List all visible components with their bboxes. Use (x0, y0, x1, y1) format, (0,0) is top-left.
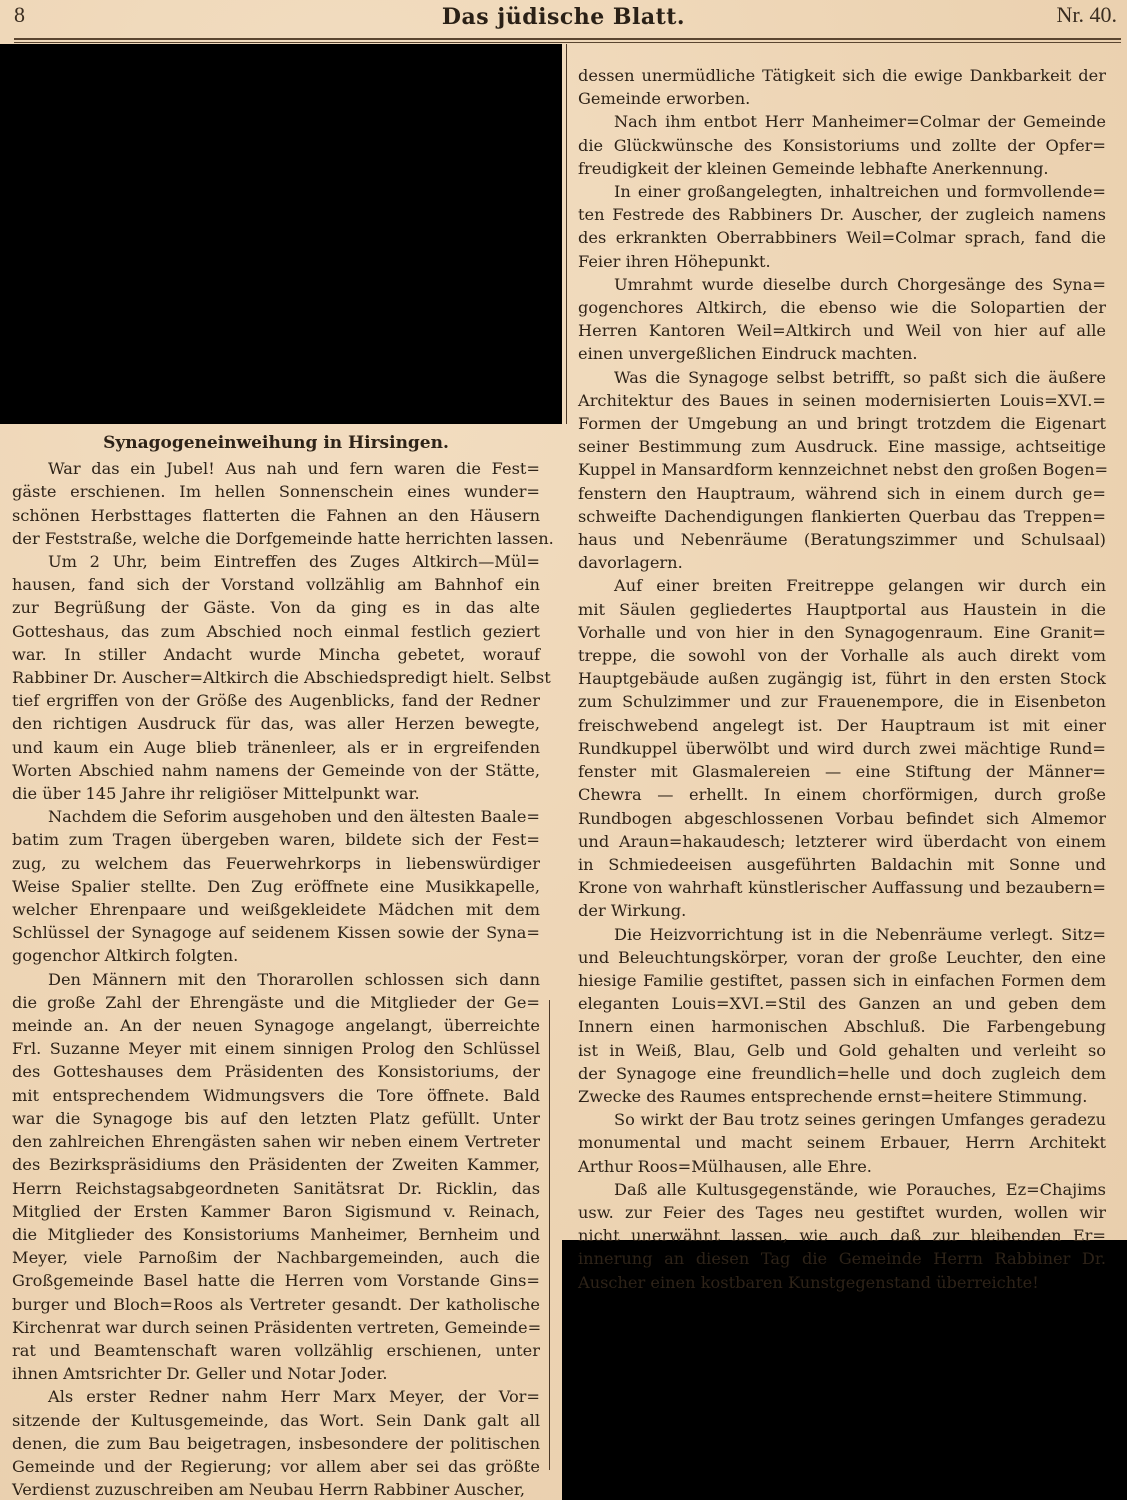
paragraph: Die Heizvorrichtung ist in die Nebenräum… (578, 923, 1106, 1109)
text-line: der Wirkung. (578, 899, 1106, 922)
text-line: Was die Synagoge selbst betrifft, so paß… (578, 366, 1106, 389)
text-line: schönen Herbsttages flatterten die Fahne… (12, 504, 540, 527)
paragraph: Daß alle Kultusgegenstände, wie Porauche… (578, 1178, 1106, 1294)
text-line: die große Zahl der Ehrengäste und die Mi… (12, 991, 540, 1014)
text-line: zug, zu welchem das Feuerwehrkorps in li… (12, 852, 540, 875)
text-line: des erkrankten Oberrabbiners Weil=Colmar… (578, 226, 1106, 249)
text-line: hausen, fand sich der Vorstand vollzähli… (12, 573, 540, 596)
text-line: meinde an. An der neuen Synagoge angelan… (12, 1014, 540, 1037)
text-line: Herrn Reichstagsabgeordneten Sanitätsrat… (12, 1177, 540, 1200)
text-line: Krone von wahrhaft künstlerischer Auffas… (578, 876, 1106, 899)
text-line: Feier ihren Höhepunkt. (578, 250, 1106, 273)
text-line: batim zum Tragen übergeben waren, bildet… (12, 828, 540, 851)
paragraph: Auf einer breiten Freitreppe gelangen wi… (578, 574, 1106, 922)
text-line: Mitglied der Ersten Kammer Baron Sigismu… (12, 1200, 540, 1223)
text-line: schweifte Dachendigungen flankierten Que… (578, 505, 1106, 528)
paragraph: Was die Synagoge selbst betrifft, so paß… (578, 366, 1106, 575)
paragraph: Den Männern mit den Thorarollen schlosse… (12, 968, 540, 1386)
text-line: gogenchores Altkirch, die ebenso wie die… (578, 296, 1106, 319)
text-line: denen, die zum Bau beigetragen, insbeson… (12, 1432, 540, 1455)
text-line: Kuppel in Mansardform kennzeichnet nebst… (578, 458, 1106, 481)
text-line: Nach ihm entbot Herr Manheimer=Colmar de… (578, 110, 1106, 133)
text-line: Rundbogen abgeschlossenen Vorbau befinde… (578, 807, 1106, 830)
newspaper-title: Das jüdische Blatt. (0, 4, 1127, 30)
text-line: Großgemeinde Basel hatte die Herren vom … (12, 1269, 540, 1292)
text-line: den zahlreichen Ehrengästen sahen wir ne… (12, 1130, 540, 1153)
text-line: usw. zur Feier des Tages neu gestiftet w… (578, 1201, 1106, 1224)
text-line: die Glückwünsche des Konsistoriums und z… (578, 134, 1106, 157)
text-line: davorlagern. (578, 551, 1106, 574)
text-line: eleganten Louis=XVI.=Stil des Ganzen an … (578, 992, 1106, 1015)
text-line: zur Begrüßung der Gäste. Von da ging es … (12, 596, 540, 619)
text-line: fenstern den Hauptraum, während sich in … (578, 482, 1106, 505)
text-line: monumental und macht seinem Erbauer, Her… (578, 1131, 1106, 1154)
text-line: haus und Nebenräume (Beratungszimmer und… (578, 528, 1106, 551)
column-divider (549, 1000, 550, 1470)
text-line: Herren Kantoren Weil=Altkirch und Weil v… (578, 319, 1106, 342)
text-line: die Mitglieder des Konsistoriums Manheim… (12, 1223, 540, 1246)
column-divider-top (566, 44, 567, 424)
text-line: Formen der Umgebung an und bringt trotzd… (578, 412, 1106, 435)
text-line: Kirchenrat war durch seinen Präsidenten … (12, 1316, 540, 1339)
text-line: gäste erschienen. Im hellen Sonnenschein… (12, 480, 540, 503)
text-line: Zwecke des Raumes entsprechende ernst=he… (578, 1085, 1106, 1108)
text-line: Verdienst zuzuschreiben am Neubau Herrn … (12, 1478, 540, 1500)
text-line: Den Männern mit den Thorarollen schlosse… (12, 968, 540, 991)
article-right-column: dessen unermüdliche Tätigkeit sich die e… (578, 64, 1106, 1294)
text-line: ten Festrede des Rabbiners Dr. Auscher, … (578, 203, 1106, 226)
text-line: Als erster Redner nahm Herr Marx Meyer, … (12, 1385, 540, 1408)
text-line: burger und Bloch=Roos als Vertreter gesa… (12, 1293, 540, 1316)
text-line: Gemeinde und der Regierung; vor allem ab… (12, 1455, 540, 1478)
paragraph: Nachdem die Seforim ausgehoben und den ä… (12, 805, 540, 967)
text-line: dessen unermüdliche Tätigkeit sich die e… (578, 64, 1106, 87)
text-line: war. In stiller Andacht wurde Mincha geb… (12, 643, 540, 666)
text-line: freischwebend angelegt ist. Der Hauptrau… (578, 714, 1106, 737)
text-line: Nachdem die Seforim ausgehoben und den ä… (12, 805, 540, 828)
text-line: einen unvergeßlichen Eindruck machten. (578, 342, 1106, 365)
text-line: Die Heizvorrichtung ist in die Nebenräum… (578, 923, 1106, 946)
text-line: Innern einen harmonischen Abschluß. Die … (578, 1015, 1106, 1038)
paragraph: War das ein Jubel! Aus nah und fern ware… (12, 457, 540, 550)
text-line: freudigkeit der kleinen Gemeinde lebhaft… (578, 157, 1106, 180)
text-line: Schlüssel der Synagoge auf seidenem Kiss… (12, 921, 540, 944)
paragraph: Als erster Redner nahm Herr Marx Meyer, … (12, 1385, 540, 1500)
text-line: Rundkuppel überwölbt und wird durch zwei… (578, 737, 1106, 760)
text-line: treppe, die sowohl von der Vorhalle als … (578, 644, 1106, 667)
text-line: Arthur Roos=Mülhausen, alle Ehre. (578, 1155, 1106, 1178)
text-line: nicht unerwähnt lassen, wie auch daß zur… (578, 1224, 1106, 1247)
text-line: welcher Ehrenpaare und weißgekleidete Mä… (12, 898, 540, 921)
text-line: So wirkt der Bau trotz seines geringen U… (578, 1108, 1106, 1131)
text-line: Um 2 Uhr, beim Eintreffen des Zuges Altk… (12, 550, 540, 573)
text-line: Frl. Suzanne Meyer mit einem sinnigen Pr… (12, 1037, 540, 1060)
article-left-column: Synagogeneinweihung in Hirsingen. War da… (12, 432, 540, 1500)
text-line: Meyer, viele Parnoßim der Nachbargemeind… (12, 1246, 540, 1269)
text-line: zum Schulzimmer und zur Frauenempore, di… (578, 690, 1106, 713)
page-header: 8 Das jüdische Blatt. Nr. 40. (0, 0, 1127, 40)
text-line: Auf einer breiten Freitreppe gelangen wi… (578, 574, 1106, 597)
text-line: In einer großangelegten, inhaltreichen u… (578, 180, 1106, 203)
text-line: und Araun=hakaudesch; letzterer wird übe… (578, 830, 1106, 853)
text-line: rat und Beamtenschaft waren vollzählig e… (12, 1339, 540, 1362)
paragraph: Um 2 Uhr, beim Eintreffen des Zuges Altk… (12, 550, 540, 805)
text-line: Weise Spalier stellte. Den Zug eröffnete… (12, 875, 540, 898)
text-line: mit entsprechendem Widmungsvers die Tore… (12, 1084, 540, 1107)
text-line: Umrahmt wurde dieselbe durch Chorgesänge… (578, 273, 1106, 296)
paragraph: In einer großangelegten, inhaltreichen u… (578, 180, 1106, 273)
text-line: seiner Bestimmung zum Ausdruck. Eine mas… (578, 435, 1106, 458)
text-line: den richtigen Ausdruck für das, was alle… (12, 712, 540, 735)
text-line: Gotteshaus, das zum Abschied noch einmal… (12, 620, 540, 643)
text-line: war die Synagoge bis auf den letzten Pla… (12, 1107, 540, 1130)
paragraph: So wirkt der Bau trotz seines geringen U… (578, 1108, 1106, 1178)
text-line: Rabbiner Dr. Auscher=Altkirch die Abschi… (12, 666, 540, 689)
article-title: Synagogeneinweihung in Hirsingen. (12, 432, 540, 455)
text-line: fenster mit Glasmalereien — eine Stiftun… (578, 760, 1106, 783)
text-line: mit Säulen gegliedertes Hauptportal aus … (578, 598, 1106, 621)
paragraph: Nach ihm entbot Herr Manheimer=Colmar de… (578, 110, 1106, 180)
text-line: Hauptgebäude außen zugängig ist, führt i… (578, 667, 1106, 690)
right-column-paragraphs: dessen unermüdliche Tätigkeit sich die e… (578, 64, 1106, 1294)
text-line: des Bezirkspräsidiums den Präsidenten de… (12, 1153, 540, 1176)
text-line: Daß alle Kultusgegenstände, wie Porauche… (578, 1178, 1106, 1201)
text-line: die über 145 Jahre ihr religiöser Mittel… (12, 782, 540, 805)
issue-number: Nr. 40. (1057, 2, 1118, 28)
text-line: hiesige Familie gestiftet, passen sich i… (578, 969, 1106, 992)
left-column-paragraphs: War das ein Jubel! Aus nah und fern ware… (12, 457, 540, 1500)
text-line: der Feststraße, welche die Dorfgemeinde … (12, 527, 540, 550)
text-line: sitzende der Kultusgemeinde, das Wort. S… (12, 1409, 540, 1432)
text-line: gogenchor Altkirch folgten. (12, 944, 540, 967)
paragraph: dessen unermüdliche Tätigkeit sich die e… (578, 64, 1106, 110)
paragraph: Umrahmt wurde dieselbe durch Chorgesänge… (578, 273, 1106, 366)
text-line: und Beleuchtungskörper, voran der große … (578, 946, 1106, 969)
text-line: des Gotteshauses dem Präsidenten des Kon… (12, 1060, 540, 1083)
text-line: Chewra — erhellt. In einem chorförmigen,… (578, 783, 1106, 806)
text-line: Vorhalle und von hier in den Synagogenra… (578, 621, 1106, 644)
text-line: der Synagoge eine freundlich=helle und d… (578, 1062, 1106, 1085)
text-line: in Schmiedeeisen ausgeführten Baldachin … (578, 853, 1106, 876)
text-line: Auscher einen kostbaren Kunstgegenstand … (578, 1271, 1106, 1294)
text-line: innerung an diesen Tag die Gemeinde Herr… (578, 1247, 1106, 1270)
header-rule (14, 38, 1121, 43)
text-line: War das ein Jubel! Aus nah und fern ware… (12, 457, 540, 480)
text-line: tief ergriffen von der Größe des Augenbl… (12, 689, 540, 712)
text-line: Gemeinde erworben. (578, 87, 1106, 110)
text-line: und kaum ein Auge blieb tränenleer, als … (12, 736, 540, 759)
text-line: Worten Abschied nahm namens der Gemeinde… (12, 759, 540, 782)
redacted-block-top-left (0, 44, 562, 424)
text-line: ist in Weiß, Blau, Gelb und Gold gehalte… (578, 1039, 1106, 1062)
text-line: ihnen Amtsrichter Dr. Geller und Notar J… (12, 1362, 540, 1385)
text-line: Architektur des Baues in seinen modernis… (578, 389, 1106, 412)
